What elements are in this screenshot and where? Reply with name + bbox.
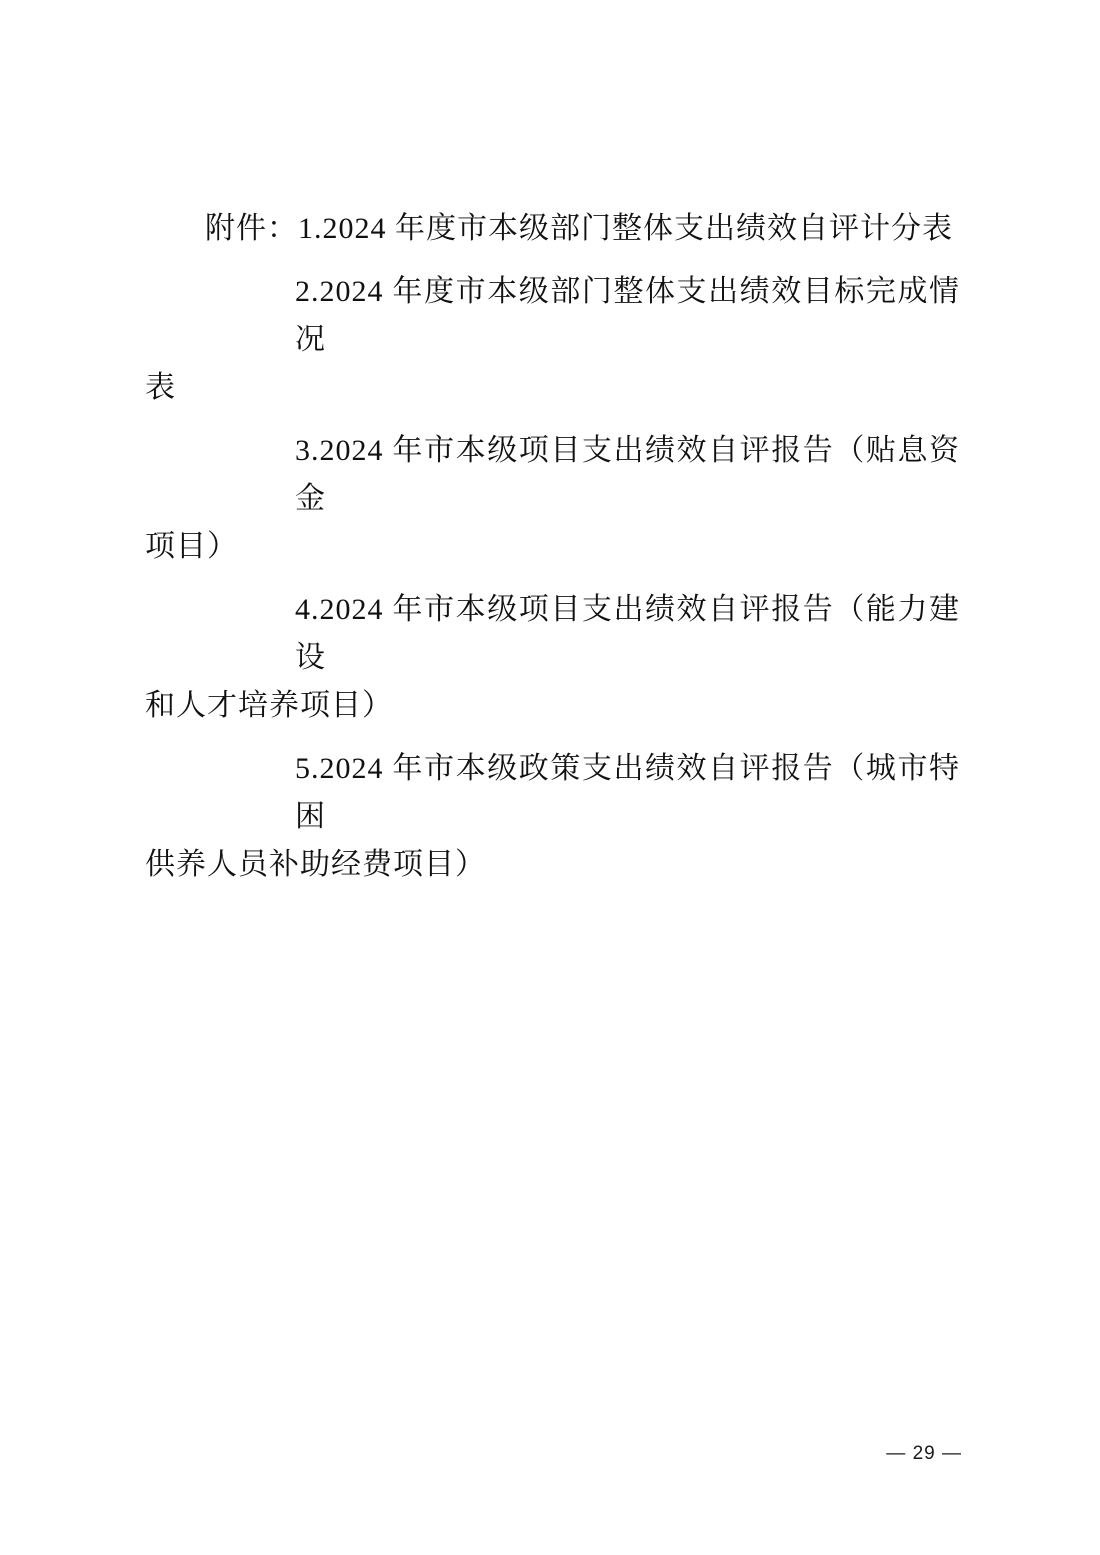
attachment-line: 供养人员补助经费项目）: [145, 841, 960, 889]
attachment-list: 附件：1.2024 年度市本级部门整体支出绩效自评计分表 2.2024 年度市本…: [145, 205, 960, 889]
attachment-line: 表: [145, 364, 960, 412]
attachment-line: 2.2024 年度市本级部门整体支出绩效目标完成情况: [145, 268, 960, 364]
attachment-line: 3.2024 年市本级项目支出绩效自评报告（贴息资金: [145, 427, 960, 523]
document-page: 附件：1.2024 年度市本级部门整体支出绩效自评计分表 2.2024 年度市本…: [0, 0, 1100, 1555]
page-number: — 29 —: [886, 1443, 962, 1465]
attachment-line: 项目）: [145, 523, 960, 571]
attachment-line: 和人才培养项目）: [145, 682, 960, 730]
attachment-line: 附件：1.2024 年度市本级部门整体支出绩效自评计分表: [145, 205, 960, 253]
attachment-line: 4.2024 年市本级项目支出绩效自评报告（能力建设: [145, 586, 960, 682]
attachment-line: 5.2024 年市本级政策支出绩效自评报告（城市特困: [145, 745, 960, 841]
